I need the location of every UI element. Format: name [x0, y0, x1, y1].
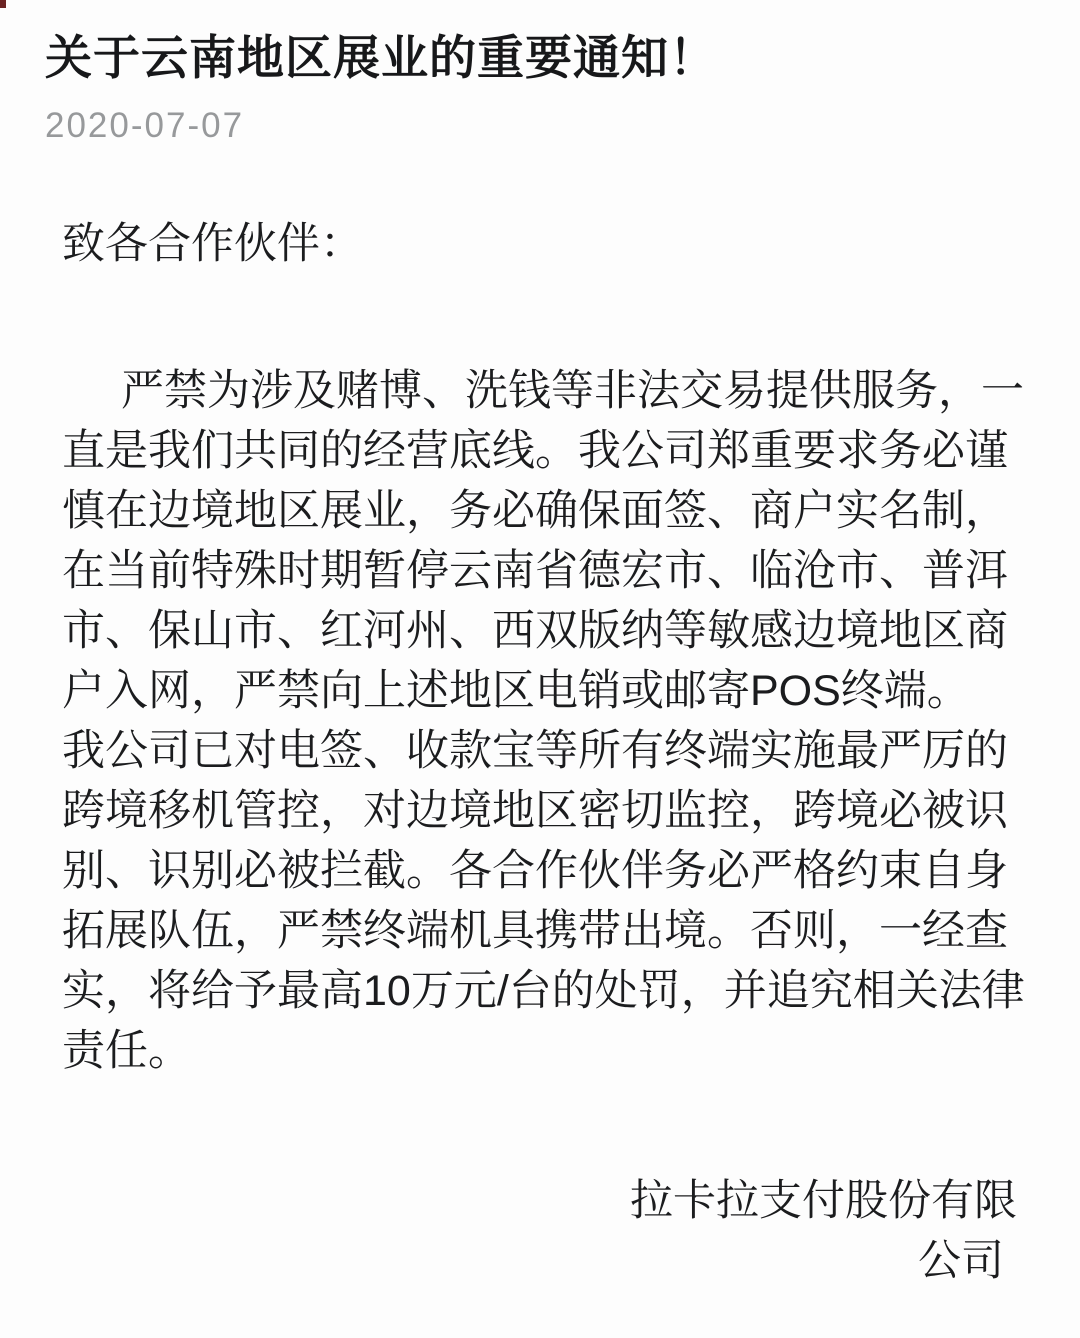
text-line: 市、保山市、红河州、西双版纳等敏感边境地区商 — [62, 601, 1035, 661]
text-line: 公司 — [62, 1231, 1017, 1291]
notice-date: 2020-07-07 — [45, 106, 1035, 146]
text-line: 实，将给予最高10万元/台的处罚，并追究相关法律 — [62, 961, 1035, 1021]
text-line: 拓展队伍，严禁终端机具携带出境。否则，一经查 — [62, 901, 1035, 961]
notice-title: 关于云南地区展业的重要通知！ — [0, 0, 1080, 90]
text-line: 严禁为涉及赌博、洗钱等非法交易提供服务，一 — [62, 361, 1035, 421]
greeting-line: 致各合作伙伴： — [62, 214, 1035, 274]
notice-article: 致各合作伙伴： 严禁为涉及赌博、洗钱等非法交易提供服务，一直是我们共同的经营底线… — [62, 214, 1035, 1291]
text-line: 慎在边境地区展业，务必确保面签、商户实名制， — [62, 481, 1035, 541]
text-line: 直是我们共同的经营底线。我公司郑重要求务必谨 — [62, 421, 1035, 481]
text-line: 跨境移机管控，对边境地区密切监控，跨境必被识 — [62, 781, 1035, 841]
text-line: 我公司已对电签、收款宝等所有终端实施最严厉的 — [62, 721, 1035, 781]
signature-block: 拉卡拉支付股份有限公司 — [62, 1171, 1035, 1291]
text-line: 拉卡拉支付股份有限 — [62, 1171, 1017, 1231]
text-line: 户入网，严禁向上述地区电销或邮寄POS终端。 — [62, 661, 1035, 721]
text-line: 在当前特殊时期暂停云南省德宏市、临沧市、普洱 — [62, 541, 1035, 601]
body-paragraph: 严禁为涉及赌博、洗钱等非法交易提供服务，一直是我们共同的经营底线。我公司郑重要求… — [62, 361, 1035, 1081]
text-line: 责任。 — [62, 1021, 1035, 1081]
corner-artifact — [0, 0, 6, 8]
text-line: 别、识别必被拦截。各合作伙伴务必严格约束自身 — [62, 841, 1035, 901]
notice-page: 关于云南地区展业的重要通知！ 2020-07-07 致各合作伙伴： 严禁为涉及赌… — [0, 0, 1080, 1338]
